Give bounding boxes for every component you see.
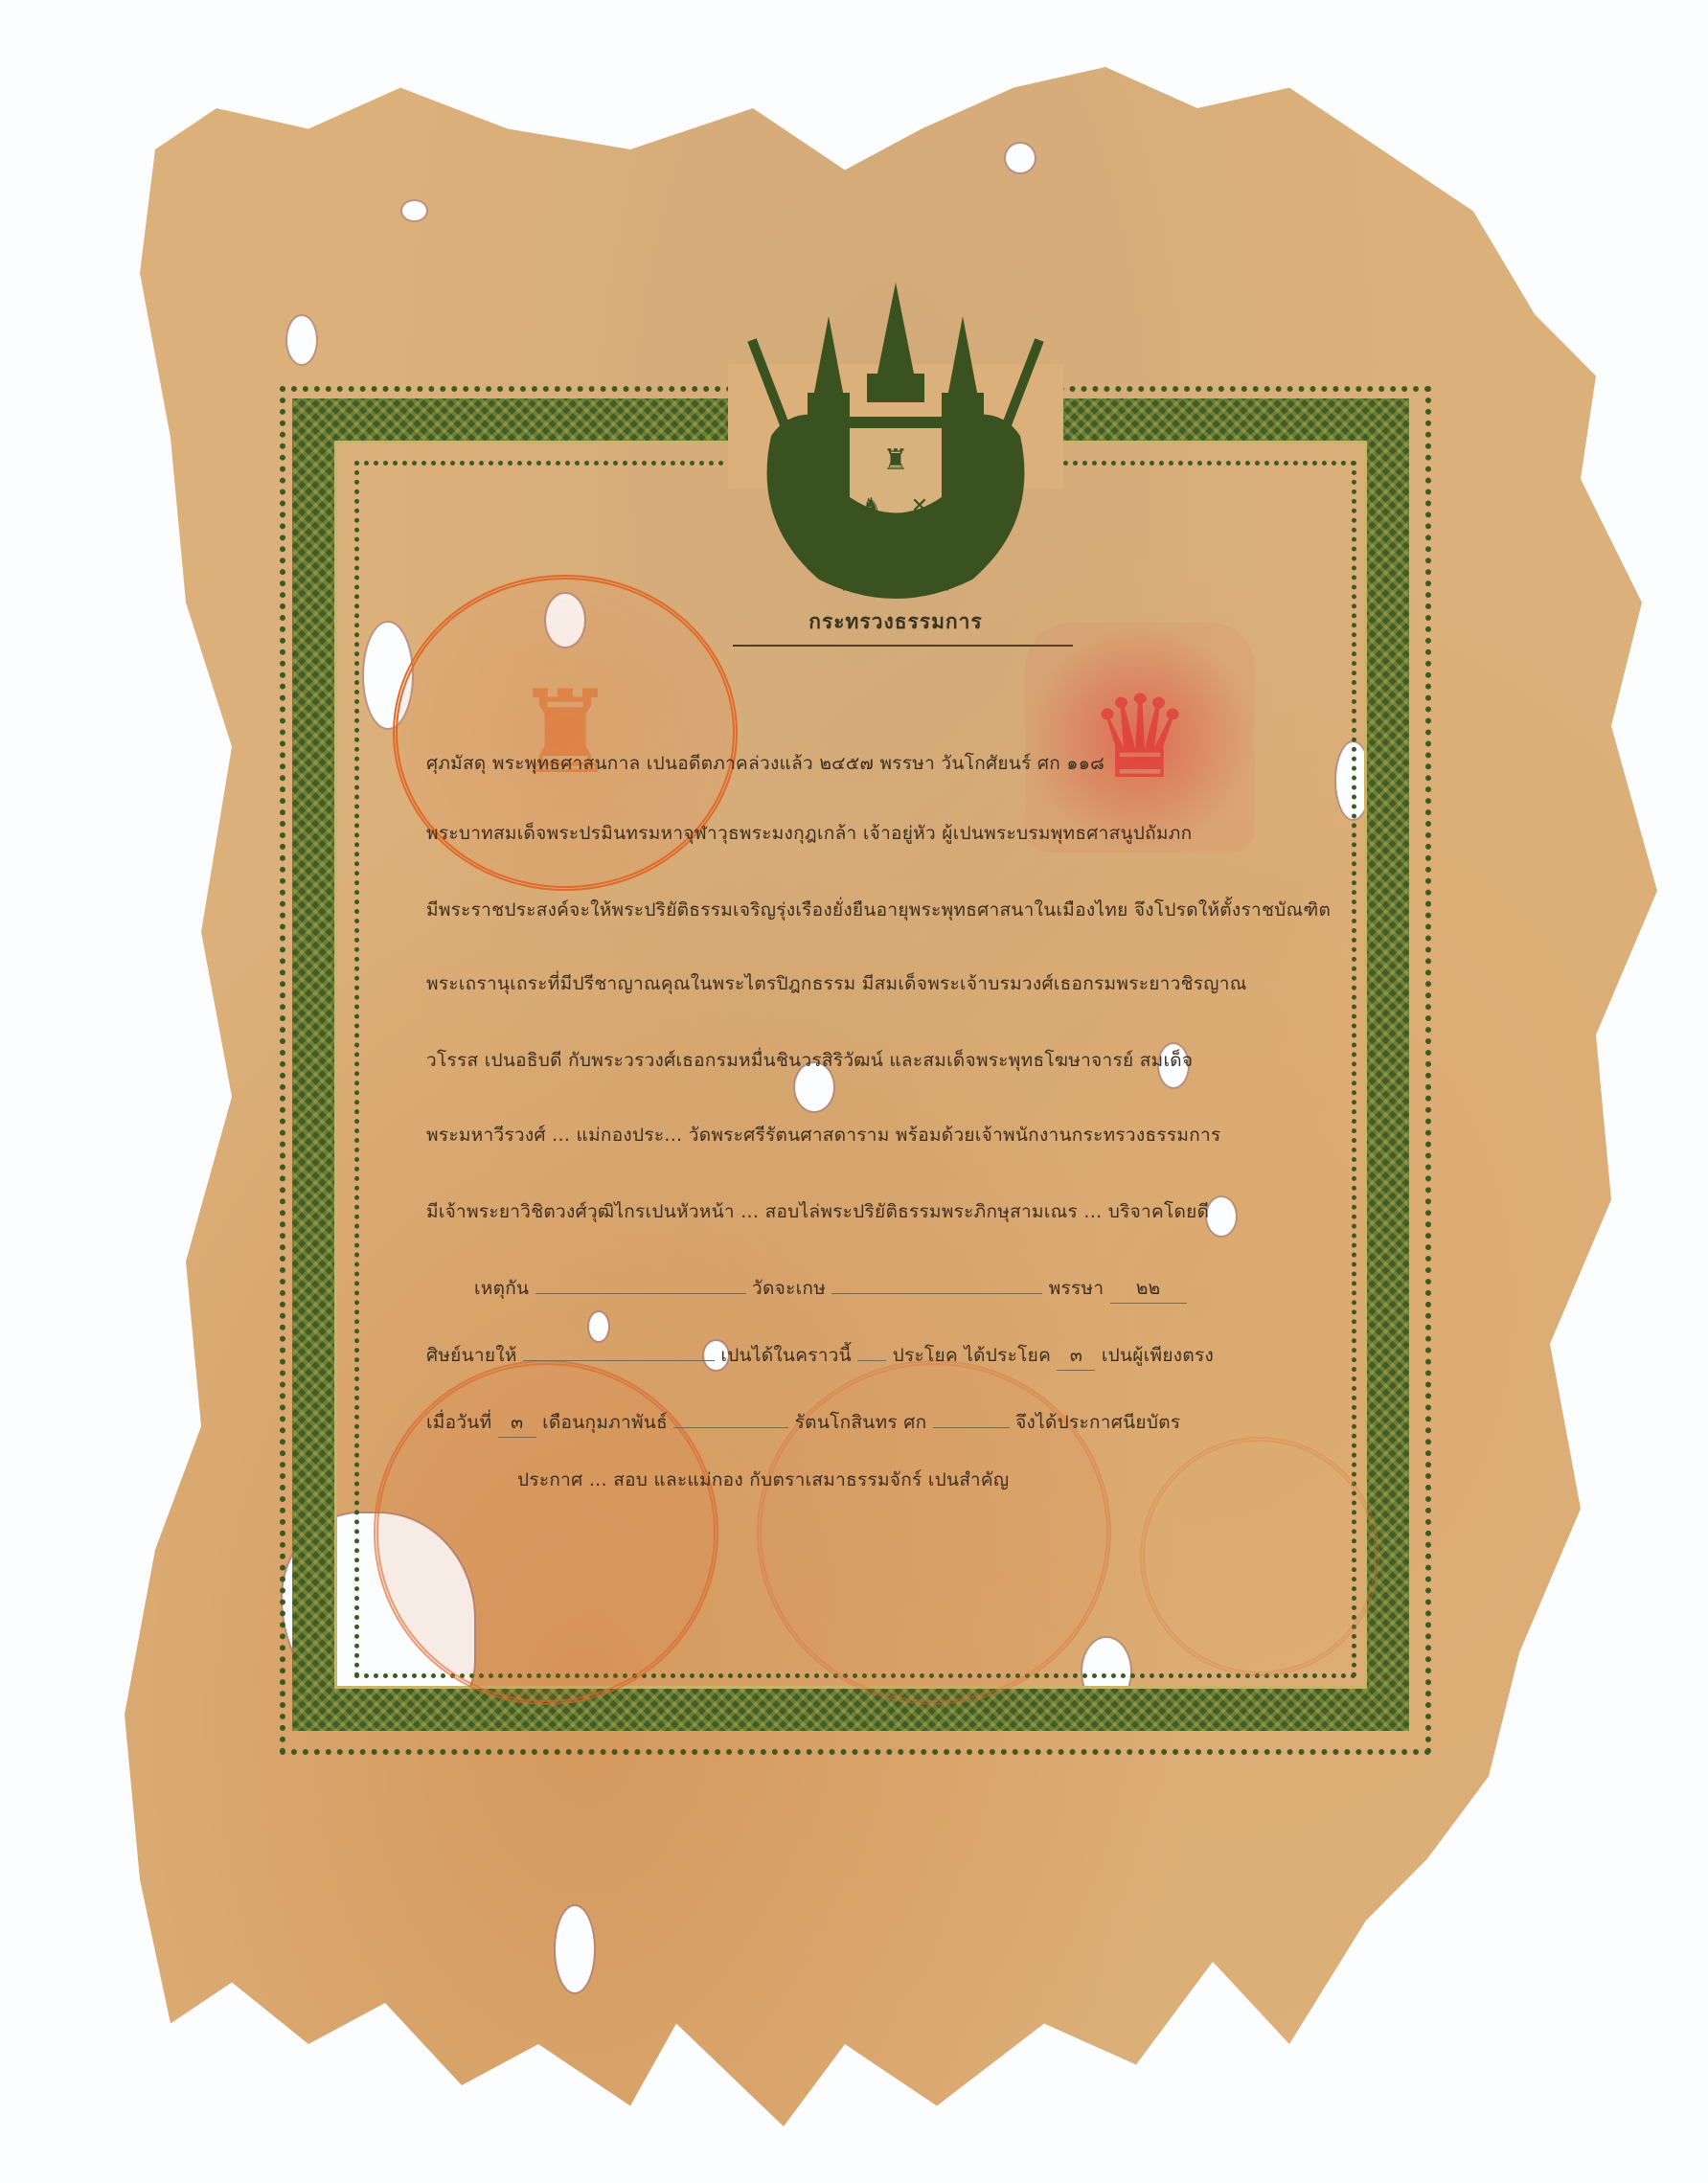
form-line-1: เหตุกัน วัดจะเกษ พรรษา ๒๒ (426, 1274, 1346, 1304)
form-label: เปนได้ในคราวนี้ (720, 1345, 852, 1366)
svg-text:♞: ♞ (862, 494, 881, 518)
header-rule (733, 645, 1073, 647)
body-line: ศุภมัสดุ พระพุทธศาสนกาล เปนอดีตภาคล่วงแล… (426, 749, 1346, 778)
form-value: ๒๒ (1110, 1274, 1187, 1304)
body-line: พระมหาวีรวงศ์ ... แม่กองประ... วัดพระศรี… (426, 1121, 1346, 1149)
paper-hole (287, 316, 316, 364)
svg-text:✕: ✕ (911, 494, 928, 518)
form-line-2: ศิษย์นายให้ เปนได้ในคราวนี้ ประโยค ได้ปร… (426, 1341, 1346, 1371)
form-label: รัตนโกสินทร ศก (795, 1412, 927, 1433)
form-blank (523, 1360, 715, 1361)
form-blank (857, 1360, 886, 1361)
form-label: เดือนกุมภาพันธ์ (542, 1412, 668, 1433)
form-label: เมื่อวันที่ (426, 1412, 491, 1433)
body-line: มีพระราชประสงค์จะให้พระปริยัติธรรมเจริญร… (426, 896, 1346, 924)
form-label: พรรษา (1049, 1278, 1105, 1299)
form-label: วัดจะเกษ (752, 1278, 826, 1299)
pagoda-seal-icon: ♜ (513, 667, 617, 800)
seal-top-right: ♛ (1025, 623, 1255, 853)
body-line: วโรรส เปนอธิบดี กับพระวรวงศ์เธอกรมหมื่นช… (426, 1046, 1346, 1075)
form-blank (831, 1293, 1042, 1294)
form-blank (933, 1427, 1010, 1428)
form-label: ได้ประโยค (964, 1345, 1051, 1366)
form-line-3: เมื่อวันที่ ๓ เดือนกุมภาพันธ์ รัตนโกสินท… (426, 1408, 1346, 1438)
crown-seal-icon: ♛ (1088, 671, 1192, 805)
form-blank (673, 1427, 788, 1428)
form-label: จึงได้ประกาศนียบัตร (1015, 1412, 1180, 1433)
paper-hole (1006, 144, 1035, 172)
body-line: พระเถรานุเถระที่มีปรีชาญาณคุณในพระไตรปิฎ… (426, 969, 1346, 998)
body-line: พระบาทสมเด็จพระปรมินทรมหาจุฬาวุธพระมงกุฎ… (426, 819, 1346, 848)
body-line: มีเจ้าพระยาวิชิตวงศ์วุฒิไกรเปนหัวหน้า ..… (426, 1197, 1346, 1226)
form-value: ๓ (1057, 1341, 1095, 1371)
closing-line: ประกาศ ... สอบ และแม่กอง กับตราเสมาธรรมจ… (517, 1466, 1437, 1494)
form-blank (535, 1293, 746, 1294)
paper-hole (556, 1906, 594, 1992)
paper-hole (402, 201, 426, 220)
form-label: เปนผู้เพียงตรง (1102, 1345, 1214, 1366)
form-label: ศิษย์นายให้ (426, 1345, 517, 1366)
svg-text:♜: ♜ (883, 443, 909, 477)
form-label: ประโยค (893, 1345, 958, 1366)
royal-coat-of-arms-icon: ♜ ♞ ✕ (733, 273, 1059, 618)
form-value: ๓ (498, 1408, 536, 1438)
form-label: เหตุกัน (474, 1278, 529, 1299)
ministry-name: กระทรวงธรรมการ (728, 606, 1063, 638)
